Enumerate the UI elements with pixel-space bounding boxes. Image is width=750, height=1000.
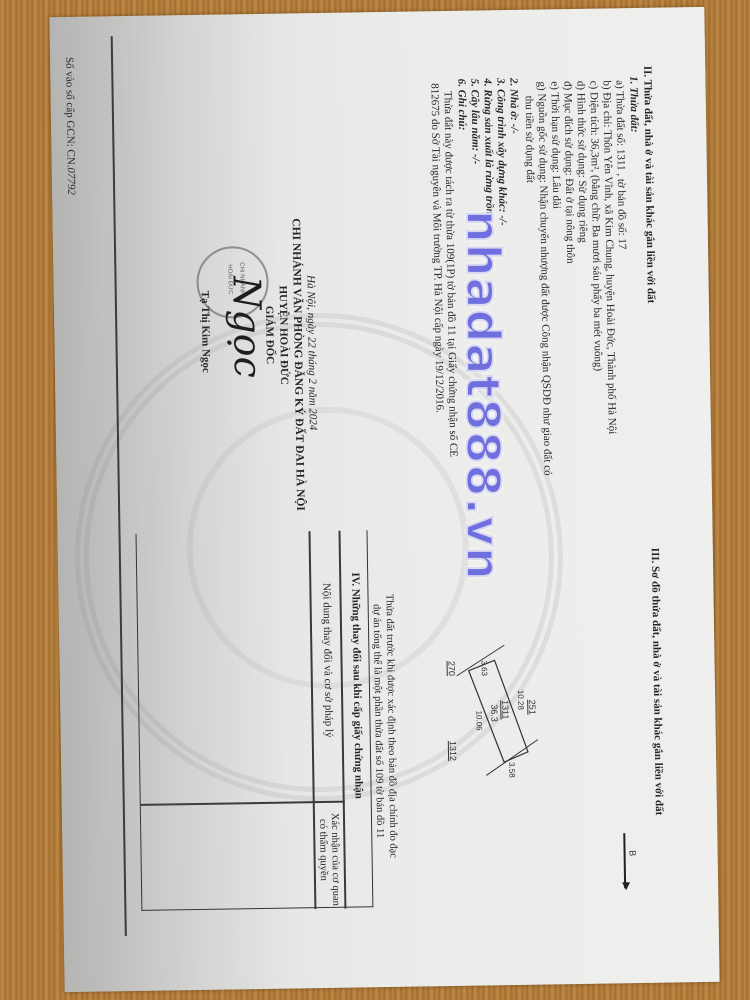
table-col-1-header: Nội dung thay đổi và cơ sở pháp lý <box>319 583 334 738</box>
perennial-line: 5. Cây lâu năm: -/- <box>467 78 481 164</box>
other-works-line: 3. Công trình xây dựng khác: -/- <box>493 78 508 226</box>
neighbor-251: 251 <box>527 700 537 715</box>
date-line: Hà Nội, ngày 22 tháng 2 năm 2024 <box>303 275 318 430</box>
notes-heading: 6. Ghi chú: <box>454 79 468 131</box>
table-col-2-header-line-2: có thẩm quyền <box>316 819 330 881</box>
origin-line-2: thu tiền sử dụng đất <box>522 96 536 183</box>
usage-form-line: d) Hình thức sử dụng: Sử dụng riêng <box>573 81 589 243</box>
office-line-2: HUYỆN HOÀI ĐỨC <box>276 285 291 384</box>
registry-number: Số vào sổ cấp GCN: CN.07792 <box>62 57 77 195</box>
side-length-right: 3.58 <box>507 762 516 778</box>
signature: Ngọc <box>224 276 270 378</box>
parcel-area: 36.3 <box>489 704 499 722</box>
north-arrow-icon <box>624 833 626 888</box>
side-length-left: 3.63 <box>480 660 489 676</box>
certificate-page: II. Thửa đất, nhà ở và tài sản khác gắn … <box>49 7 719 992</box>
section-ii-heading: II. Thửa đất, nhà ở và tài sản khác gắn … <box>640 66 657 304</box>
section-iii-heading: III. Sơ đồ thửa đất, nhà ở và tài sản kh… <box>648 548 665 816</box>
land-heading: 1. Thửa đất: <box>626 76 640 133</box>
neighbor-270: 270 <box>447 661 457 676</box>
photo-stage: II. Thửa đất, nhà ở và tài sản khác gắn … <box>0 0 750 1000</box>
parcel-number: 1311 <box>500 700 510 720</box>
neighbor-1312: 1312 <box>448 741 458 761</box>
side-length-top: 10.28 <box>516 690 525 710</box>
table-col-2-header-line-1: Xác nhận của cơ quan <box>328 813 342 906</box>
site-watermark: nhadat888.vn <box>456 210 510 581</box>
signer-name: Tạ Thị Kim Ngọc <box>198 291 212 373</box>
north-label: B <box>628 850 638 856</box>
house-line: 2. Nhà ở: -/- <box>506 78 520 134</box>
side-length-bottom: 10.06 <box>474 710 483 730</box>
term-line: e) Thời hạn sử dụng: Lâu dài <box>547 81 562 209</box>
parcel-line: a) Thửa đất số: 1311 , tờ bản đồ số: 17 <box>612 80 628 249</box>
